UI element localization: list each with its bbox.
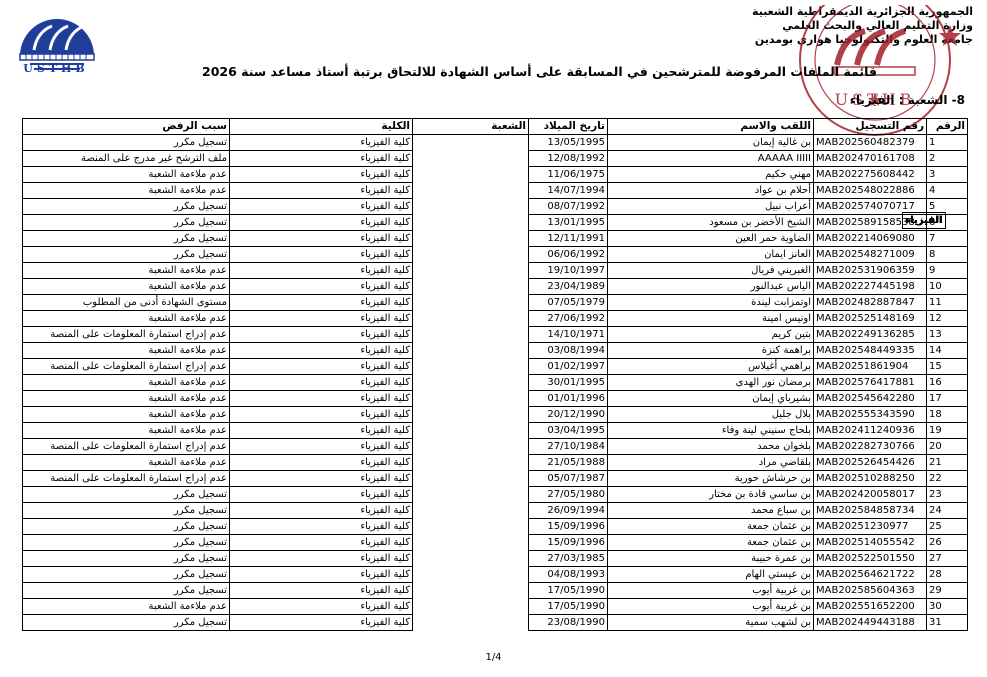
rejection-reason-cell: عدم ملاءمة الشعبة (23, 343, 230, 359)
rejection-reason-cell: عدم ملاءمة الشعبة (23, 375, 230, 391)
faculty-cell: كلية الفيزياء (230, 391, 413, 407)
candidate-name-cell: بشيرباي إيمان (608, 391, 814, 407)
birth-date-cell: 27/05/1980 (529, 487, 608, 503)
row-number-cell: 13 (927, 327, 968, 343)
page-number: 1/4 (0, 652, 987, 663)
candidate-name-cell: بتين كريم (608, 327, 814, 343)
birth-date-cell: 12/11/1991 (529, 231, 608, 247)
rejection-reason-cell: عدم ملاءمة الشعبة (23, 279, 230, 295)
registration-number-cell: MAB202470161708 (814, 151, 927, 167)
rejection-reason-cell: عدم إدراج استمارة المعلومات على المنصة (23, 359, 230, 375)
table-row: 27MAB202522501550بن عمرة حبيبة27/03/1985… (23, 551, 968, 567)
row-number-cell: 21 (927, 455, 968, 471)
birth-date-cell: 07/05/1979 (529, 295, 608, 311)
table-row: 2MAB202470161708AAAAA IIIII12/08/1992الف… (23, 151, 968, 167)
registration-number-cell: MAB202482887847 (814, 295, 927, 311)
registration-number-cell: MAB202526454426 (814, 455, 927, 471)
university-line: جامعة العلوم والتكنولوجيا هواري بومدين (752, 33, 973, 47)
table-row: 20MAB202282730766بلخوان محمد27/10/1984ال… (23, 439, 968, 455)
birth-date-cell: 15/09/1996 (529, 519, 608, 535)
registration-number-cell: MAB202564621722 (814, 567, 927, 583)
row-number-cell: 30 (927, 599, 968, 615)
faculty-cell: كلية الفيزياء (230, 247, 413, 263)
candidate-name-cell: اونيس امينة (608, 311, 814, 327)
faculty-cell: كلية الفيزياء (230, 423, 413, 439)
faculty-cell: كلية الفيزياء (230, 199, 413, 215)
stream-cell: الفيزياء (902, 212, 945, 229)
table-row: 10MAB202227445198الياس عبدالنور23/04/198… (23, 279, 968, 295)
row-number-cell: 9 (927, 263, 968, 279)
faculty-cell: كلية الفيزياء (230, 487, 413, 503)
row-number-cell: 3 (927, 167, 968, 183)
candidate-name-cell: بلقاضي مراد (608, 455, 814, 471)
table-row: 11MAB202482887847اوتمزابت ليندة07/05/197… (23, 295, 968, 311)
table-row: 31MAB202449443188بن لشهب سمية23/08/1990ا… (23, 615, 968, 631)
candidate-name-cell: بلال جليل (608, 407, 814, 423)
rejection-reason-cell: تسجيل مكرر (23, 247, 230, 263)
faculty-cell: كلية الفيزياء (230, 359, 413, 375)
row-number-cell: 10 (927, 279, 968, 295)
birth-date-cell: 26/09/1994 (529, 503, 608, 519)
birth-date-cell: 27/06/1992 (529, 311, 608, 327)
birth-date-cell: 20/12/1990 (529, 407, 608, 423)
rejection-reason-cell: تسجيل مكرر (23, 615, 230, 631)
table-row: 18MAB202555343590بلال جليل20/12/1990الفي… (23, 407, 968, 423)
candidate-name-cell: بن حرشاش حورية (608, 471, 814, 487)
rejection-reason-cell: عدم إدراج استمارة المعلومات على المنصة (23, 471, 230, 487)
row-number-cell: 20 (927, 439, 968, 455)
row-number-cell: 25 (927, 519, 968, 535)
table-row: 19MAB202411240936بلحاج سنيني لينة وفاء03… (23, 423, 968, 439)
registration-number-cell: MAB202411240936 (814, 423, 927, 439)
birth-date-cell: 08/07/1992 (529, 199, 608, 215)
table-row: 7MAB202214069080الضاوية حمر العين12/11/1… (23, 231, 968, 247)
table-row: 1MAB202560482379بن غالية إيمان13/05/1995… (23, 135, 968, 151)
column-header-birthdate: تاريخ الميلاد (529, 119, 608, 135)
table-row: 4MAB202548022886أحلام بن عواد14/07/1994ا… (23, 183, 968, 199)
rejection-reason-cell: عدم ملاءمة الشعبة (23, 407, 230, 423)
faculty-cell: كلية الفيزياء (230, 295, 413, 311)
row-number-cell: 26 (927, 535, 968, 551)
row-number-cell: 17 (927, 391, 968, 407)
faculty-cell: كلية الفيزياء (230, 471, 413, 487)
faculty-cell: كلية الفيزياء (230, 375, 413, 391)
faculty-cell: كلية الفيزياء (230, 519, 413, 535)
table-row: 8MAB202548271009العانز ايمان06/06/1992ال… (23, 247, 968, 263)
registration-number-cell: MAB202249136285 (814, 327, 927, 343)
birth-date-cell: 17/05/1990 (529, 599, 608, 615)
registration-number-cell: MAB202227445198 (814, 279, 927, 295)
row-number-cell: 2 (927, 151, 968, 167)
column-header-reason: سبب الرفض (23, 119, 230, 135)
faculty-cell: كلية الفيزياء (230, 311, 413, 327)
row-number-cell: 11 (927, 295, 968, 311)
table-body: 1MAB202560482379بن غالية إيمان13/05/1995… (23, 135, 968, 631)
rejection-reason-cell: تسجيل مكرر (23, 567, 230, 583)
logo-text: USTHB (14, 62, 98, 75)
birth-date-cell: 23/04/1989 (529, 279, 608, 295)
table-row: 17MAB202545642280بشيرباي إيمان01/01/1996… (23, 391, 968, 407)
table-row: 22MAB202510288250بن حرشاش حورية05/07/198… (23, 471, 968, 487)
registration-number-cell: MAB202584858734 (814, 503, 927, 519)
candidate-name-cell: أعراب نبيل (608, 199, 814, 215)
row-number-cell: 7 (927, 231, 968, 247)
rejection-reason-cell: تسجيل مكرر (23, 215, 230, 231)
birth-date-cell: 23/08/1990 (529, 615, 608, 631)
birth-date-cell: 05/07/1987 (529, 471, 608, 487)
candidate-name-cell: الياس عبدالنور (608, 279, 814, 295)
registration-number-cell: MAB202525148169 (814, 311, 927, 327)
birth-date-cell: 03/04/1995 (529, 423, 608, 439)
table-row: 28MAB202564621722بن عيستي الهام04/08/199… (23, 567, 968, 583)
birth-date-cell: 01/02/1997 (529, 359, 608, 375)
page-title: قائمة الملفات المرفوضة للمترشحين في المس… (160, 64, 877, 79)
table-row: 16MAB202576417881برمضان نور الهدى30/01/1… (23, 375, 968, 391)
row-number-cell: 28 (927, 567, 968, 583)
column-header-stream: الشعبة (413, 119, 529, 135)
rejection-reason-cell: عدم ملاءمة الشعبة (23, 183, 230, 199)
candidate-name-cell: بن عمرة حبيبة (608, 551, 814, 567)
faculty-cell: كلية الفيزياء (230, 615, 413, 631)
birth-date-cell: 14/07/1994 (529, 183, 608, 199)
birth-date-cell: 30/01/1995 (529, 375, 608, 391)
registration-number-cell: MAB202522501550 (814, 551, 927, 567)
rejection-reason-cell: ملف الترشح غير مدرج على المنصة (23, 151, 230, 167)
rejection-reason-cell: تسجيل مكرر (23, 487, 230, 503)
candidate-name-cell: الشيخ الأخضر بن مسعود (608, 215, 814, 231)
table-row: 21MAB202526454426بلقاضي مراد21/05/1988ال… (23, 455, 968, 471)
table-row: 5MAB202574070717أعراب نبيل08/07/1992الفي… (23, 199, 968, 215)
rejection-reason-cell: تسجيل مكرر (23, 583, 230, 599)
table-row: 3MAB202275608442مهني حكيم11/06/1975الفيز… (23, 167, 968, 183)
table-row: 25MAB20251230977بن عثمان جمعة15/09/1996ا… (23, 519, 968, 535)
table-row: 26MAB202514055542بن عثمان جمعة15/09/1996… (23, 535, 968, 551)
column-header-faculty: الكلية (230, 119, 413, 135)
candidate-name-cell: بن عثمان جمعة (608, 535, 814, 551)
row-number-cell: 23 (927, 487, 968, 503)
table-row: 9MAB202531906359الغبريني فريال19/10/1997… (23, 263, 968, 279)
rejection-reason-cell: تسجيل مكرر (23, 231, 230, 247)
candidate-name-cell: براهمي أغيلاس (608, 359, 814, 375)
row-number-cell: 12 (927, 311, 968, 327)
faculty-cell: كلية الفيزياء (230, 135, 413, 151)
rejection-reason-cell: عدم ملاءمة الشعبة (23, 455, 230, 471)
row-number-cell: 22 (927, 471, 968, 487)
candidate-name-cell: بن غالية إيمان (608, 135, 814, 151)
registration-number-cell: MAB202576417881 (814, 375, 927, 391)
table-row: 30MAB202551652200بن غربية أيوب17/05/1990… (23, 599, 968, 615)
table-row: 24MAB202584858734بن سباع محمد26/09/1994ا… (23, 503, 968, 519)
faculty-cell: كلية الفيزياء (230, 455, 413, 471)
birth-date-cell: 21/05/1988 (529, 455, 608, 471)
row-number-cell: 19 (927, 423, 968, 439)
candidate-name-cell: بن عيستي الهام (608, 567, 814, 583)
government-header: الجمهورية الجزائرية الديمقراطية الشعبية … (752, 5, 973, 47)
birth-date-cell: 04/08/1993 (529, 567, 608, 583)
registration-number-cell: MAB202214069080 (814, 231, 927, 247)
row-number-cell: 18 (927, 407, 968, 423)
birth-date-cell: 27/03/1985 (529, 551, 608, 567)
registration-number-cell: MAB202420058017 (814, 487, 927, 503)
faculty-cell: كلية الفيزياء (230, 263, 413, 279)
faculty-cell: كلية الفيزياء (230, 215, 413, 231)
row-number-cell: 27 (927, 551, 968, 567)
registration-number-cell: MAB202548022886 (814, 183, 927, 199)
registration-number-cell: MAB202551652200 (814, 599, 927, 615)
birth-date-cell: 03/08/1994 (529, 343, 608, 359)
rejection-reason-cell: عدم ملاءمة الشعبة (23, 423, 230, 439)
faculty-cell: كلية الفيزياء (230, 343, 413, 359)
candidate-name-cell: أحلام بن عواد (608, 183, 814, 199)
table-row: 12MAB202525148169اونيس امينة27/06/1992ال… (23, 311, 968, 327)
candidate-name-cell: الغبريني فريال (608, 263, 814, 279)
rejected-files-table: الرقم رقم التسجيل اللقب والاسم تاريخ الم… (22, 118, 968, 631)
birth-date-cell: 12/08/1992 (529, 151, 608, 167)
row-number-cell: 29 (927, 583, 968, 599)
registration-number-cell: MAB202282730766 (814, 439, 927, 455)
birth-date-cell: 01/01/1996 (529, 391, 608, 407)
faculty-cell: كلية الفيزياء (230, 151, 413, 167)
candidate-name-cell: برمضان نور الهدى (608, 375, 814, 391)
candidate-name-cell: بن غربية أيوب (608, 599, 814, 615)
rejection-reason-cell: عدم ملاءمة الشعبة (23, 391, 230, 407)
table-header-row: الرقم رقم التسجيل اللقب والاسم تاريخ الم… (23, 119, 968, 135)
faculty-cell: كلية الفيزياء (230, 599, 413, 615)
birth-date-cell: 19/10/1997 (529, 263, 608, 279)
stream-label: 8- الشعبة : الفيزياء (850, 93, 965, 107)
rejection-reason-cell: مستوى الشهادة أدنى من المطلوب (23, 295, 230, 311)
faculty-cell: كلية الفيزياء (230, 231, 413, 247)
rejection-reason-cell: تسجيل مكرر (23, 535, 230, 551)
faculty-cell: كلية الفيزياء (230, 327, 413, 343)
registration-number-cell: MAB20251230977 (814, 519, 927, 535)
faculty-cell: كلية الفيزياء (230, 551, 413, 567)
registration-number-cell: MAB202545642280 (814, 391, 927, 407)
faculty-cell: كلية الفيزياء (230, 183, 413, 199)
candidate-name-cell: العانز ايمان (608, 247, 814, 263)
faculty-cell: كلية الفيزياء (230, 279, 413, 295)
faculty-cell: كلية الفيزياء (230, 439, 413, 455)
registration-number-cell: MAB202514055542 (814, 535, 927, 551)
faculty-cell: كلية الفيزياء (230, 567, 413, 583)
birth-date-cell: 11/06/1975 (529, 167, 608, 183)
birth-date-cell: 15/09/1996 (529, 535, 608, 551)
column-header-number: الرقم (927, 119, 968, 135)
birth-date-cell: 13/01/1995 (529, 215, 608, 231)
row-number-cell: 1 (927, 135, 968, 151)
candidate-name-cell: بن غربية أيوب (608, 583, 814, 599)
faculty-cell: كلية الفيزياء (230, 503, 413, 519)
candidate-name-cell: بلحاج سنيني لينة وفاء (608, 423, 814, 439)
faculty-cell: كلية الفيزياء (230, 167, 413, 183)
rejection-reason-cell: عدم ملاءمة الشعبة (23, 167, 230, 183)
rejection-reason-cell: تسجيل مكرر (23, 503, 230, 519)
registration-number-cell: MAB202510288250 (814, 471, 927, 487)
table-row: 29MAB202585604363بن غربية أيوب17/05/1990… (23, 583, 968, 599)
rejection-reason-cell: تسجيل مكرر (23, 135, 230, 151)
candidate-name-cell: بن ساسي قادة بن مختار (608, 487, 814, 503)
rejection-reason-cell: تسجيل مكرر (23, 551, 230, 567)
registration-number-cell: MAB202531906359 (814, 263, 927, 279)
table-row: 14MAB202548449335براهمة كنزة03/08/1994ال… (23, 343, 968, 359)
registration-number-cell: MAB202449443188 (814, 615, 927, 631)
birth-date-cell: 17/05/1990 (529, 583, 608, 599)
candidate-name-cell: الضاوية حمر العين (608, 231, 814, 247)
table-row: 6MAB202589158538الشيخ الأخضر بن مسعود13/… (23, 215, 968, 231)
birth-date-cell: 06/06/1992 (529, 247, 608, 263)
rejection-reason-cell: عدم ملاءمة الشعبة (23, 599, 230, 615)
row-number-cell: 8 (927, 247, 968, 263)
registration-number-cell: MAB202548271009 (814, 247, 927, 263)
row-number-cell: 14 (927, 343, 968, 359)
rejection-reason-cell: عدم إدراج استمارة المعلومات على المنصة (23, 327, 230, 343)
row-number-cell: 4 (927, 183, 968, 199)
candidate-name-cell: مهني حكيم (608, 167, 814, 183)
registration-number-cell: MAB202560482379 (814, 135, 927, 151)
registration-number-cell: MAB202555343590 (814, 407, 927, 423)
candidate-name-cell: بلخوان محمد (608, 439, 814, 455)
candidate-name-cell: AAAAA IIIII (608, 151, 814, 167)
birth-date-cell: 13/05/1995 (529, 135, 608, 151)
registration-number-cell: MAB202275608442 (814, 167, 927, 183)
rejection-reason-cell: عدم ملاءمة الشعبة (23, 311, 230, 327)
column-header-registration: رقم التسجيل (814, 119, 927, 135)
faculty-cell: كلية الفيزياء (230, 535, 413, 551)
candidate-name-cell: بن عثمان جمعة (608, 519, 814, 535)
ministry-line: وزارة التعليم العالي والبحث العلمي (752, 19, 973, 33)
rejection-reason-cell: تسجيل مكرر (23, 199, 230, 215)
faculty-cell: كلية الفيزياء (230, 407, 413, 423)
candidate-name-cell: بن سباع محمد (608, 503, 814, 519)
birth-date-cell: 27/10/1984 (529, 439, 608, 455)
rejection-reason-cell: تسجيل مكرر (23, 519, 230, 535)
row-number-cell: 24 (927, 503, 968, 519)
column-header-name: اللقب والاسم (608, 119, 814, 135)
row-number-cell: 31 (927, 615, 968, 631)
table-row: 15MAB20251861904براهمي أغيلاس01/02/1997ا… (23, 359, 968, 375)
registration-number-cell: MAB20251861904 (814, 359, 927, 375)
republic-line: الجمهورية الجزائرية الديمقراطية الشعبية (752, 5, 973, 19)
registration-number-cell: MAB202585604363 (814, 583, 927, 599)
rejection-reason-cell: عدم إدراج استمارة المعلومات على المنصة (23, 439, 230, 455)
table-row: 13MAB202249136285بتين كريم14/10/1971الفي… (23, 327, 968, 343)
row-number-cell: 15 (927, 359, 968, 375)
row-number-cell: 16 (927, 375, 968, 391)
birth-date-cell: 14/10/1971 (529, 327, 608, 343)
table-row: 23MAB202420058017بن ساسي قادة بن مختار27… (23, 487, 968, 503)
faculty-cell: كلية الفيزياء (230, 583, 413, 599)
candidate-name-cell: بن لشهب سمية (608, 615, 814, 631)
rejection-reason-cell: عدم ملاءمة الشعبة (23, 263, 230, 279)
registration-number-cell: MAB202548449335 (814, 343, 927, 359)
candidate-name-cell: اوتمزابت ليندة (608, 295, 814, 311)
candidate-name-cell: براهمة كنزة (608, 343, 814, 359)
